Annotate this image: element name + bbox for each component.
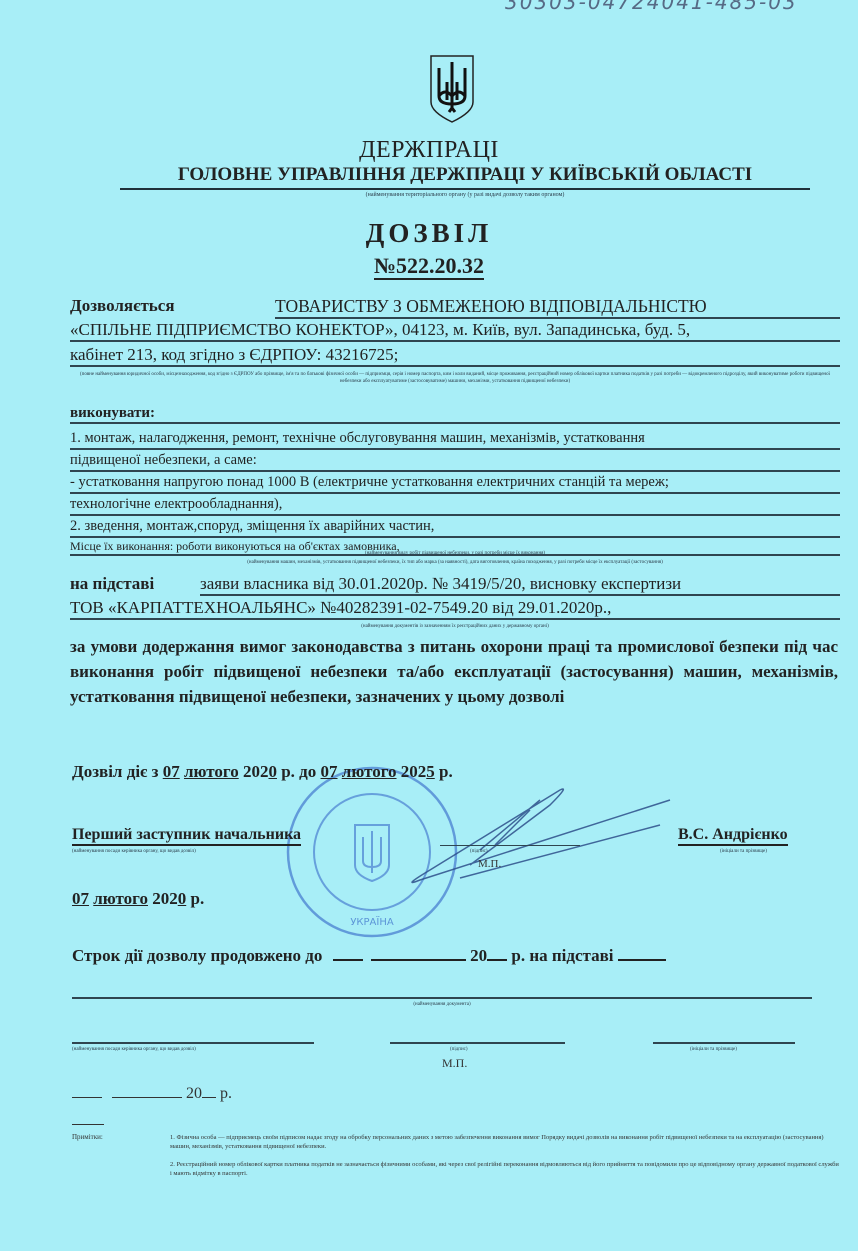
department-caption: (найменування територіального органу (у … [120,191,810,199]
signatory-position-caption: (найменування посади керівника органу, щ… [72,848,196,856]
works-caption-1: (найменування виду робіт підвищеної небе… [70,550,840,558]
works-line: 2. зведення, монтаж,споруд, зміщення їх … [70,516,840,538]
grantee-row-1: Дозволяється ТОВАРИСТВУ З ОБМЕЖЕНОЮ ВІДП… [70,296,840,319]
extension-document-line[interactable] [72,997,812,999]
extension-date-line: 20 р. [72,1085,232,1103]
grantee-caption: (повне найменування юридичної особи, міс… [70,371,840,385]
works-line: - устатковання напругою понад 1000 В (ел… [70,472,840,494]
grantee-line-2: «СПІЛЬНЕ ПІДПРИЄМСТВО КОНЕКТОР», 04123, … [70,320,840,342]
basis-line-1: заяви власника від 30.01.2020р. № 3419/5… [200,574,840,596]
basis-caption: (найменування документів із зазначенням … [70,623,840,631]
extension-signature-caption: (підпис) [450,1046,468,1054]
signing-day: 07 [72,889,89,908]
notes-divider [72,1124,104,1125]
basis-label: на підставі [70,574,200,596]
works-line: підвищеної небезпеки, а саме: [70,450,840,472]
extension-signature-line[interactable] [390,1042,565,1044]
note-item: 2. Реєстраційний номер облікової картки … [170,1160,840,1178]
signature-line [440,845,580,846]
handwritten-signature-icon [360,770,690,890]
seal-mark: М.П. [478,858,501,870]
validity-from-month: лютого [184,762,239,781]
extension-date-suffix: р. [220,1085,232,1102]
signatory-position: Перший заступник начальника [72,826,301,846]
grantee-line-3: кабінет 213, код згідно з ЄДРПОУ: 432167… [70,345,840,367]
works-label: виконувати: [70,405,840,424]
extension-date-year-prefix: 20 [186,1085,202,1102]
signatory-name-caption: (ініціали та прізвище) [720,848,767,856]
signing-month: лютого [93,889,148,908]
validity-from-year: 2020 [243,762,277,781]
extension-text: Строк дії дозволу продовжено до [72,946,322,965]
handwritten-registration-number: 30303-04724041-485-03 [505,0,798,14]
extension-position-caption: (найменування посади керівника органу, щ… [72,1046,196,1054]
extension-day-blank[interactable] [333,959,363,961]
extension-year-prefix: 20 [470,946,487,965]
extension-year-blank[interactable] [487,959,507,961]
signing-suffix: р. [190,889,204,908]
extension-date-year-blank[interactable] [202,1097,216,1098]
department-name: ГОЛОВНЕ УПРАВЛІННЯ ДЕРЖПРАЦІ У КИЇВСЬКІЙ… [120,164,810,190]
grantee-label: Дозволяється [70,296,275,319]
basis-row-1: на підставі заяви власника від 30.01.202… [70,574,840,596]
extension-position-line[interactable] [72,1042,314,1044]
extension-month-blank[interactable] [371,959,466,961]
document-title: ДОЗВІЛ [0,218,858,249]
basis-line-2: ТОВ «КАРПАТТЕХНОАЛЬЯНС» №40282391-02-754… [70,598,840,620]
note-item: 1. Фізична особа — підприємець своїм під… [170,1133,840,1151]
extension-basis-blank[interactable] [618,959,666,961]
trident-coat-of-arms-icon [427,52,477,124]
grantee-line-1: ТОВАРИСТВУ З ОБМЕЖЕНОЮ ВІДПОВІДАЛЬНІСТЮ [275,296,840,319]
extension-year-suffix: р. на підставі [511,946,613,965]
extension-date-day-blank[interactable] [72,1097,102,1098]
extension-seal-mark: М.П. [442,1056,467,1071]
svg-text:УКРАЇНА: УКРАЇНА [350,915,394,928]
signing-year: 2020 [152,889,186,908]
extension-date-month-blank[interactable] [112,1097,182,1098]
condition-paragraph: за умови додержання вимог законодавства … [70,634,838,709]
extension-name-caption: (ініціали та прізвище) [690,1046,737,1054]
works-caption-2: (найменування машин, механізмів, устатко… [70,559,840,567]
works-list: 1. монтаж, налагодження, ремонт, технічн… [70,428,840,556]
works-line: технологічне електрообладнання), [70,494,840,516]
document-number-text: №522.20.32 [374,253,484,280]
works-line: 1. монтаж, налагодження, ремонт, технічн… [70,428,840,450]
signature-caption: (підпис) [470,848,488,856]
notes-label: Примітки: [72,1133,103,1141]
signatory-name: В.С. Андрієнко [678,826,788,846]
validity-mid: р. до [281,762,316,781]
validity-to-day: 07 [321,762,338,781]
agency-name: ДЕРЖПРАЦІ [0,137,858,164]
extension-name-line[interactable] [653,1042,795,1044]
validity-prefix: Дозвіл діє з [72,762,158,781]
document-number: №522.20.32 [0,253,858,279]
extension-document-caption: (найменування документа) [72,1001,812,1009]
validity-from-day: 07 [163,762,180,781]
extension-line: Строк дії дозволу продовжено до 20 р. на… [72,946,666,966]
signing-date: 07 лютого 2020 р. [72,889,204,909]
